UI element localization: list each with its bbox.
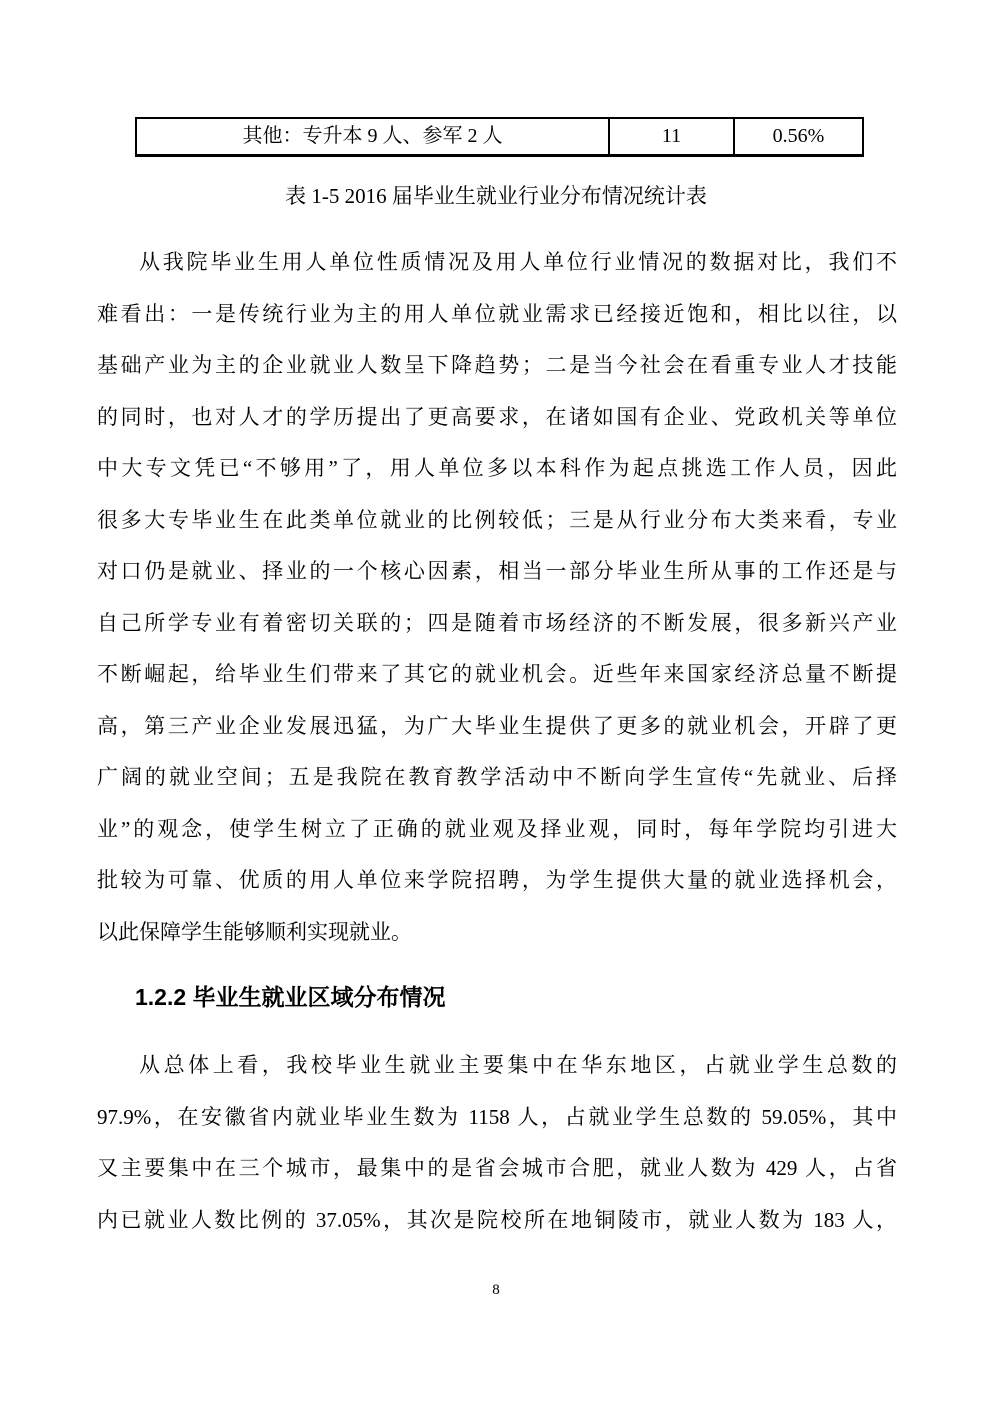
table-cell-percent: 0.56% (734, 118, 863, 156)
paragraph-line: 基础产业为主的企业就业人数呈下降趋势；二是当今社会在看重专业人才技能 (97, 340, 897, 392)
paragraph-line: 对口仍是就业、择业的一个核心因素，相当一部分毕业生所从事的工作还是与 (97, 546, 897, 598)
paragraph-line: 业”的观念，使学生树立了正确的就业观及择业观，同时，每年学院均引进大 (97, 804, 897, 856)
paragraph-line: 97.9%，在安徽省内就业毕业生数为 1158 人，占就业学生总数的 59.05… (97, 1092, 897, 1144)
paragraph-line: 从我院毕业生用人单位性质情况及用人单位行业情况的数据对比，我们不 (97, 237, 897, 289)
document-page: 其他：专升本 9 人、参军 2 人 11 0.56% 表 1-5 2016 届毕… (0, 0, 992, 1403)
table-cell-category: 其他：专升本 9 人、参军 2 人 (136, 118, 609, 156)
industry-distribution-table: 其他：专升本 9 人、参军 2 人 11 0.56% (135, 117, 864, 157)
paragraph-line: 不断崛起，给毕业生们带来了其它的就业机会。近些年来国家经济总量不断提 (97, 649, 897, 701)
table-row: 其他：专升本 9 人、参军 2 人 11 0.56% (136, 118, 863, 156)
paragraph-line: 以此保障学生能够顺利实现就业。 (97, 907, 897, 959)
body-paragraph-1: 从我院毕业生用人单位性质情况及用人单位行业情况的数据对比，我们不 难看出：一是传… (97, 237, 897, 958)
paragraph-line: 内已就业人数比例的 37.05%，其次是院校所在地铜陵市，就业人数为 183 人… (97, 1195, 897, 1247)
paragraph-line: 批较为可靠、优质的用人单位来学院招聘，为学生提供大量的就业选择机会， (97, 855, 897, 907)
paragraph-line: 难看出：一是传统行业为主的用人单位就业需求已经接近饱和，相比以往，以 (97, 289, 897, 341)
paragraph-line: 自己所学专业有着密切关联的；四是随着市场经济的不断发展，很多新兴产业 (97, 598, 897, 650)
paragraph-line: 很多大专毕业生在此类单位就业的比例较低；三是从行业分布大类来看，专业 (97, 495, 897, 547)
table-caption: 表 1-5 2016 届毕业生就业行业分布情况统计表 (96, 180, 896, 212)
paragraph-line: 中大专文凭已“不够用”了，用人单位多以本科作为起点挑选工作人员，因此 (97, 443, 897, 495)
paragraph-line: 高，第三产业企业发展迅猛，为广大毕业生提供了更多的就业机会，开辟了更 (97, 701, 897, 753)
section-heading-1-2-2: 1.2.2 毕业生就业区域分布情况 (97, 980, 897, 1014)
paragraph-line: 从总体上看，我校毕业生就业主要集中在华东地区，占就业学生总数的 (97, 1040, 897, 1092)
table-cell-count: 11 (609, 118, 734, 156)
page-number: 8 (0, 1280, 992, 1300)
paragraph-line: 又主要集中在三个城市，最集中的是省会城市合肥，就业人数为 429 人，占省 (97, 1143, 897, 1195)
paragraph-line: 广阔的就业空间；五是我院在教育教学活动中不断向学生宣传“先就业、后择 (97, 752, 897, 804)
body-paragraph-2: 从总体上看，我校毕业生就业主要集中在华东地区，占就业学生总数的 97.9%，在安… (97, 1040, 897, 1246)
paragraph-line: 的同时，也对人才的学历提出了更高要求，在诸如国有企业、党政机关等单位 (97, 392, 897, 444)
